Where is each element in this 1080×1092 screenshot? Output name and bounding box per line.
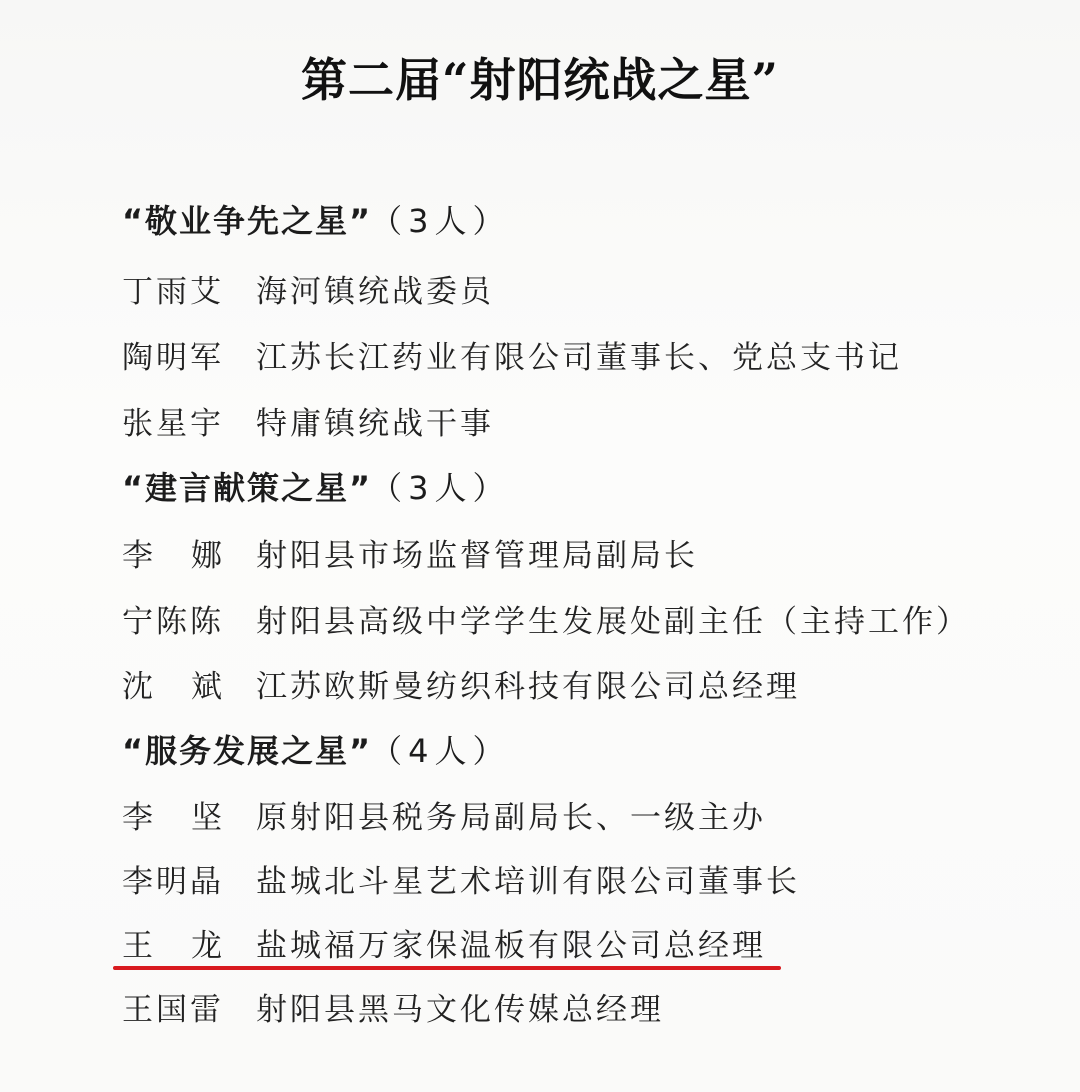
document-title: 第二届“射阳统战之星” <box>0 44 1080 110</box>
section-count: （4人） <box>386 732 510 770</box>
list-item: 王国雷射阳县黑马文化传媒总经理 <box>122 984 664 1029</box>
person-name: 李坚 <box>122 792 254 837</box>
list-item: 陶明军江苏长江药业有限公司董事长、党总支书记 <box>122 332 902 377</box>
list-item: 李坚原射阳县税务局副局长、一级主办 <box>122 792 766 837</box>
person-name: 宁陈陈 <box>122 596 254 641</box>
section-heading-dedication: “敬业争先之星”（3人） <box>122 196 510 242</box>
list-item-highlighted: 王龙盐城福万家保温板有限公司总经理 <box>122 920 766 965</box>
section-title: “敬业争先之星” <box>122 202 372 240</box>
person-role: 特庸镇统战干事 <box>256 398 494 443</box>
list-item: 李明晶盐城北斗星艺术培训有限公司董事长 <box>122 856 800 901</box>
person-role: 射阳县高级中学学生发展处副主任（主持工作） <box>256 596 970 641</box>
person-role: 盐城福万家保温板有限公司总经理 <box>256 920 766 965</box>
person-name: 李明晶 <box>122 856 254 901</box>
section-count: （3人） <box>386 202 510 240</box>
person-role: 江苏欧斯曼纺织科技有限公司总经理 <box>256 661 800 706</box>
person-name: 陶明军 <box>122 332 254 377</box>
red-highlight-underline <box>113 966 781 970</box>
section-title: “服务发展之星” <box>122 732 372 770</box>
person-name: 王龙 <box>122 920 254 965</box>
list-item: 宁陈陈射阳县高级中学学生发展处副主任（主持工作） <box>122 596 970 641</box>
person-role: 射阳县黑马文化传媒总经理 <box>256 984 664 1029</box>
section-heading-advice: “建言献策之星”（3人） <box>122 463 510 509</box>
person-role: 海河镇统战委员 <box>256 266 494 311</box>
person-name: 沈斌 <box>122 661 254 706</box>
person-name: 张星宇 <box>122 398 254 443</box>
person-role: 原射阳县税务局副局长、一级主办 <box>256 792 766 837</box>
section-heading-service: “服务发展之星”（4人） <box>122 726 510 772</box>
section-count: （3人） <box>386 469 510 507</box>
person-name: 丁雨艾 <box>122 266 254 311</box>
person-role: 江苏长江药业有限公司董事长、党总支书记 <box>256 332 902 377</box>
person-name: 李娜 <box>122 530 254 575</box>
person-name: 王国雷 <box>122 984 254 1029</box>
section-title: “建言献策之星” <box>122 469 372 507</box>
list-item: 张星宇特庸镇统战干事 <box>122 398 494 443</box>
list-item: 沈斌江苏欧斯曼纺织科技有限公司总经理 <box>122 661 800 706</box>
person-role: 射阳县市场监督管理局副局长 <box>256 530 698 575</box>
document-page: 第二届“射阳统战之星” “敬业争先之星”（3人） 丁雨艾海河镇统战委员 陶明军江… <box>0 0 1080 1092</box>
list-item: 丁雨艾海河镇统战委员 <box>122 266 494 311</box>
list-item: 李娜射阳县市场监督管理局副局长 <box>122 530 698 575</box>
person-role: 盐城北斗星艺术培训有限公司董事长 <box>256 856 800 901</box>
